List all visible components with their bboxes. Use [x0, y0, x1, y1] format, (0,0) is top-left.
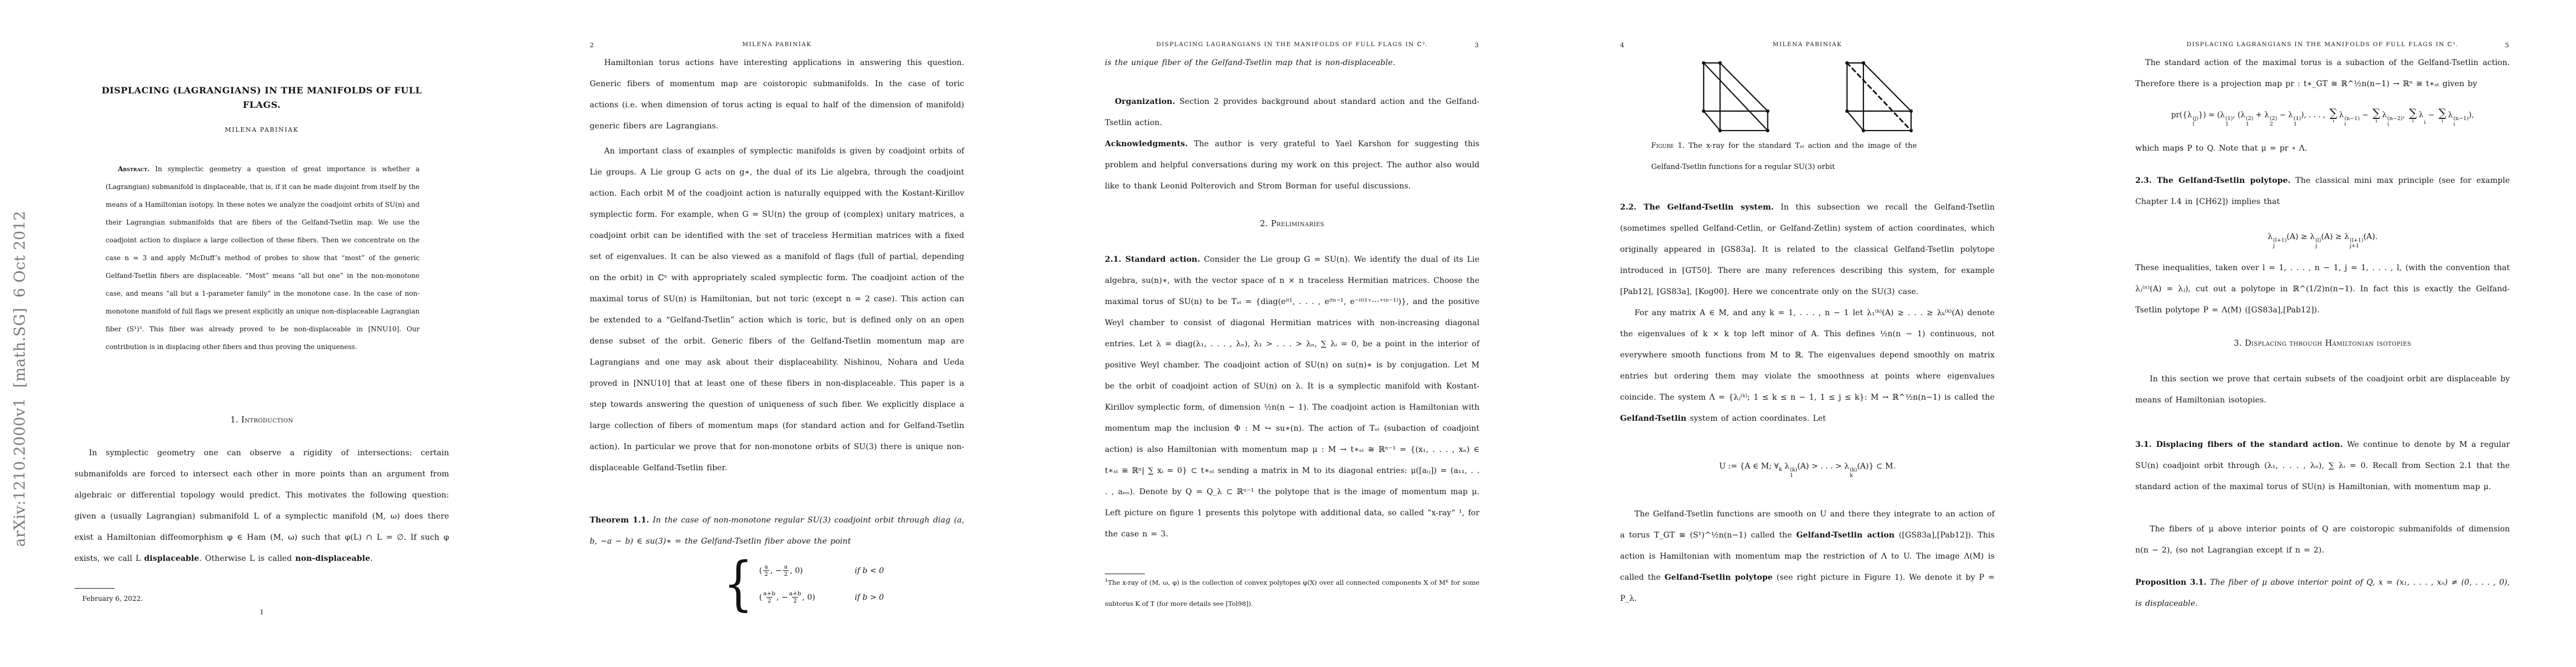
case-1-tail: , 0): [790, 566, 803, 575]
section-2-1-text: Consider the Lie group G = SU(n). We ide…: [1105, 255, 1479, 539]
page-number-3: 3: [1474, 41, 1479, 49]
equation-pr: pr({λ(j)l}) = (λ(1)1, (λ(2)1 + λ(2)2 − λ…: [2135, 107, 2510, 127]
p3-lead-italic: is the unique fiber of the Gelfand-Tsetl…: [1105, 52, 1479, 73]
abstract: Abstract. In symplectic geometry a quest…: [106, 160, 420, 356]
page-2: 2 MILENA PABINIAK Hamiltonian torus acti…: [515, 0, 1030, 667]
p5-paragraph-2: which maps P to Q. Note that μ = pr ∘ Λ.: [2135, 138, 2510, 159]
fraction-ab-2-neg: a+b2: [789, 590, 801, 604]
p4-paragraph-3: The Gelfand-Tsetlin functions are smooth…: [1620, 504, 1995, 609]
running-head-author: MILENA PABINIAK: [743, 41, 812, 48]
figure-1-caption-text: The x-ray for the standard Tₛₜ action an…: [1651, 142, 1917, 171]
fraction-a-2: a2: [763, 564, 769, 578]
case-1-expression: (a2, −a2, 0): [759, 564, 855, 578]
running-header-5: DISPLACING LAGRANGIANS IN THE MANIFOLDS …: [2135, 41, 2510, 48]
organization-paragraph: Organization. Section 2 provides backgro…: [1105, 91, 1479, 133]
case-2-open: (: [759, 593, 762, 602]
case-1-condition: if b < 0: [855, 566, 884, 575]
date-footnote: February 6, 2022.: [74, 595, 449, 603]
sum-symbol: ∑i: [2373, 107, 2380, 124]
cases-rows: (a2, −a2, 0) if b < 0 (a+b2, −a+b2, 0) i…: [759, 558, 884, 611]
running-head-title-5: DISPLACING LAGRANGIANS IN THE MANIFOLDS …: [2186, 41, 2458, 48]
cases-formula: { (a2, −a2, 0) if b < 0 (a+b2, −a+b2, 0)…: [720, 555, 964, 613]
theorem-label: Theorem 1.1.: [590, 516, 649, 525]
author-name: MILENA PABINIAK: [74, 126, 449, 133]
abstract-text: In symplectic geometry a question of gre…: [106, 165, 420, 351]
section-2-3-paragraph: 2.3. The Gelfand-Tsetlin polytope. The c…: [2135, 170, 2510, 212]
section-2-2-text: In this subsection we recall the Gelfand…: [1620, 203, 1995, 296]
section-2-3-label: 2.3. The Gelfand-Tsetlin polytope.: [2135, 176, 2290, 185]
p4-par2-bold: Gelfand-Tsetlin: [1620, 414, 1686, 423]
case-2-condition: if b > 0: [855, 593, 884, 602]
p5-paragraph-4: In this section we prove that certain su…: [2135, 369, 2510, 411]
abstract-label: Abstract.: [118, 165, 150, 173]
case-row-1: (a2, −a2, 0) if b < 0: [759, 558, 884, 584]
sum-symbol: ∑i: [2329, 107, 2337, 124]
running-header-3: DISPLACING LAGRANGIANS IN THE MANIFOLDS …: [1105, 41, 1479, 48]
intro-text-d: .: [370, 554, 373, 563]
arxiv-sidebar-label: arXiv:1210.2000v1 [math.SG] 6 Oct 2012: [12, 180, 29, 578]
section-2-2-paragraph: 2.2. The Gelfand-Tsetlin system. In this…: [1620, 197, 1995, 302]
figure-1-caption: Figure 1. The x-ray for the standard Tₛₜ…: [1651, 136, 1917, 178]
intro-paragraph: In symplectic geometry one can observe a…: [74, 442, 449, 569]
case-1-mid: , −: [770, 566, 782, 575]
p2-paragraph-2: An important class of examples of symple…: [590, 141, 964, 479]
running-header-4: 4 MILENA PABINIAK: [1620, 41, 1995, 48]
p5-paragraph-1: The standard action of the maximal torus…: [2135, 52, 2510, 94]
curly-brace: {: [724, 555, 753, 613]
page-number-2: 2: [590, 41, 595, 49]
gelfand-tsetlin-polytope: [1843, 56, 1915, 139]
organization-label: Organization.: [1115, 97, 1175, 106]
page-number-5: 5: [2505, 41, 2510, 49]
intro-text-c: . Otherwise L is called: [199, 554, 295, 563]
footnote-1: 1The x-ray of (M, ω, φ) is the collectio…: [1105, 570, 1479, 614]
paper-title-line2: FLAGS.: [74, 98, 449, 112]
sum-symbol: ∑i: [2438, 107, 2446, 124]
paper-title: DISPLACING (LAGRANGIANS) IN THE MANIFOLD…: [74, 83, 449, 112]
figure-1-label: Figure 1.: [1651, 142, 1685, 150]
footnote-text: The x-ray of (M, ω, φ) is the collection…: [1105, 579, 1479, 608]
section-2-heading: 2. Preliminaries: [1105, 220, 1479, 228]
section-2-2-label: 2.2. The Gelfand-Tsetlin system.: [1620, 203, 1774, 212]
p4-par2-text-a: For any matrix A ∈ M, and any k = 1, . .…: [1620, 308, 1995, 402]
page-3: DISPLACING LAGRANGIANS IN THE MANIFOLDS …: [1030, 0, 1546, 667]
p4-par2-text-c: system of action coordinates. Let: [1686, 414, 1826, 423]
footnote-rule: [74, 588, 114, 589]
page-1: arXiv:1210.2000v1 [math.SG] 6 Oct 2012 D…: [0, 0, 515, 667]
acknowledgments-label: Acknowledgments.: [1105, 140, 1188, 148]
section-1-heading: 1. Introduction: [74, 416, 449, 425]
running-head-author-4: MILENA PABINIAK: [1773, 41, 1842, 48]
p4-par3-bold-action: Gelfand-Tsetlin action: [1796, 531, 1895, 540]
p5-paragraph-5: The fibers of μ above interior points of…: [2135, 519, 2510, 561]
intro-bold-displaceable: displaceable: [144, 554, 199, 563]
case-2-tail: , 0): [802, 593, 815, 602]
case-1-open: (: [759, 566, 762, 575]
case-row-2: (a+b2, −a+b2, 0) if b > 0: [759, 584, 884, 611]
xray-standard-polytope: [1700, 56, 1772, 139]
running-header-2: 2 MILENA PABINIAK: [590, 41, 964, 48]
page-5: DISPLACING LAGRANGIANS IN THE MANIFOLDS …: [2061, 0, 2576, 667]
case-2-mid: , −: [776, 593, 788, 602]
proposition-label: Proposition 3.1.: [2135, 578, 2206, 587]
fraction-ab-2: a+b2: [763, 590, 775, 604]
equation-U: U := {A ∈ M; ∀k λ(k)1(A) > . . . > λ(k)k…: [1620, 460, 1995, 479]
figure-1: [1620, 56, 1995, 139]
lambda-sup-sub: (k)k: [1850, 467, 1857, 479]
section-3-1-label: 3.1. Displacing fibers of the standard a…: [2135, 440, 2343, 449]
theorem-1-1: Theorem 1.1. In the case of non-monotone…: [590, 510, 964, 552]
lambda-sup-sub: (k)1: [1790, 467, 1797, 479]
intro-text-a: In symplectic geometry one can observe a…: [74, 449, 449, 563]
section-3-heading: 3. Displacing through Hamiltonian isotop…: [2135, 339, 2510, 348]
p5-paragraph-3: These inequalities, taken over l = 1, . …: [2135, 257, 2510, 321]
case-2-expression: (a+b2, −a+b2, 0): [759, 590, 855, 604]
section-2-1-label: 2.1. Standard action.: [1105, 255, 1200, 264]
p4-par3-bold-polytope: Gelfand-Tsetlin polytope: [1665, 573, 1773, 582]
section-3-1-paragraph: 3.1. Displacing fibers of the standard a…: [2135, 434, 2510, 497]
paper-title-line1: DISPLACING (LAGRANGIANS) IN THE MANIFOLD…: [74, 83, 449, 98]
page-4: 4 MILENA PABINIAK: [1546, 0, 2061, 667]
running-head-title: DISPLACING LAGRANGIANS IN THE MANIFOLDS …: [1156, 41, 1428, 48]
p2-paragraph-1: Hamiltonian torus actions have interesti…: [590, 52, 964, 137]
intro-bold-non-displaceable: non-displaceable: [295, 554, 370, 563]
equation-inequality: λ(l+1)j(A) ≥ λ(l)j(A) ≥ λ(l+1)j+1(A).: [2135, 231, 2510, 249]
page-number-4: 4: [1620, 41, 1625, 49]
acknowledgments-paragraph: Acknowledgments. The author is very grat…: [1105, 133, 1479, 197]
sum-symbol: ∑i: [2409, 107, 2417, 124]
document-canvas: { "arxiv_banner": "arXiv:1210.2000v1 [ma…: [0, 0, 2576, 667]
proposition-3-1: Proposition 3.1. The fiber of μ above in…: [2135, 572, 2510, 614]
fraction-a-2-neg: a2: [783, 564, 789, 578]
section-2-1-paragraph: 2.1. Standard action. Consider the Lie g…: [1105, 249, 1479, 545]
page-number-1: 1: [74, 608, 449, 616]
p4-paragraph-2: For any matrix A ∈ M, and any k = 1, . .…: [1620, 302, 1995, 429]
